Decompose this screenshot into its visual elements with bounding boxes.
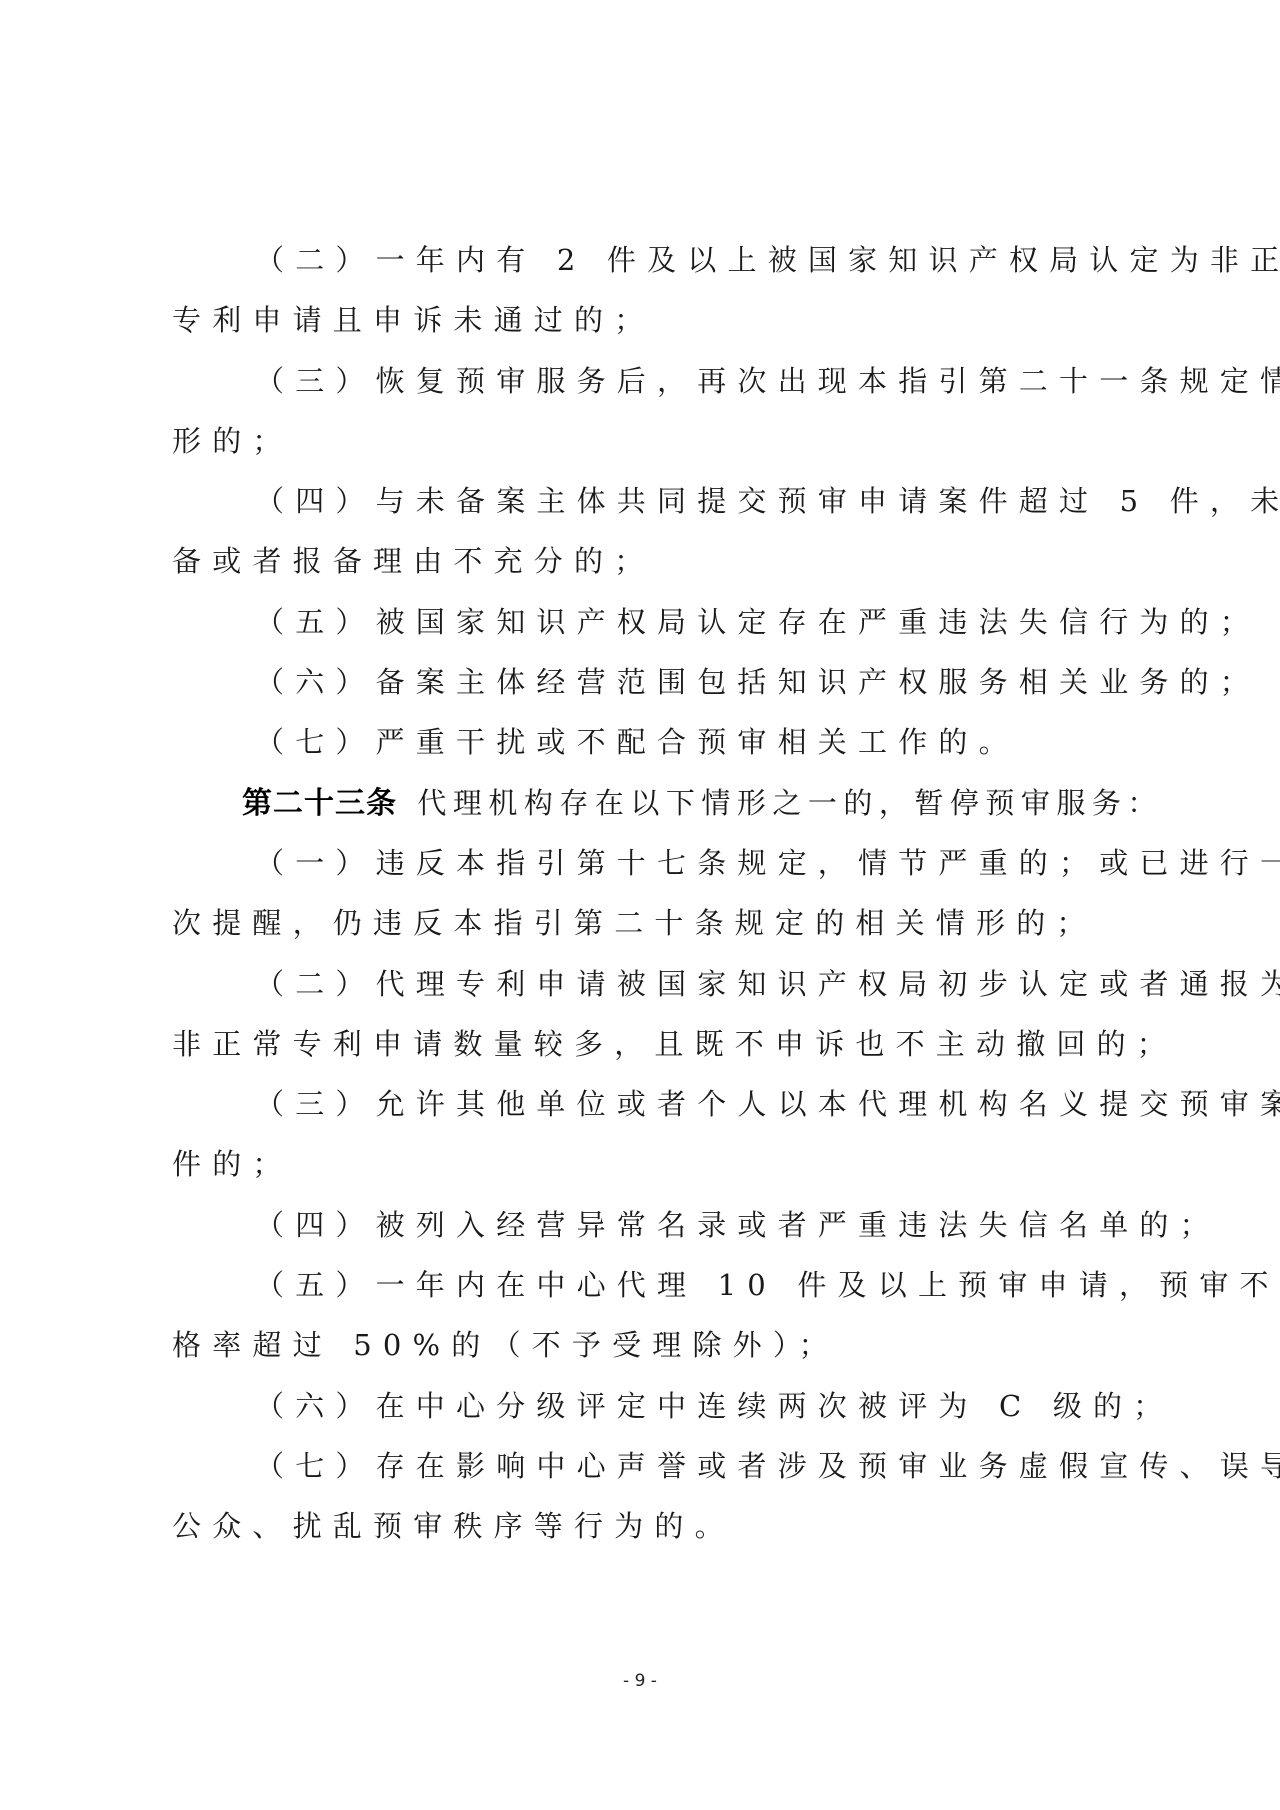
list-item-line: （四）与未备案主体共同提交预审申请案件超过 5 件，未报 (172, 471, 1120, 531)
list-item-line: （三）恢复预审服务后，再次出现本指引第二十一条规定情 (172, 351, 1120, 411)
list-item-continuation: 件的； (172, 1134, 1120, 1194)
list-item-line: （六）备案主体经营范围包括知识产权服务相关业务的； (172, 652, 1120, 712)
article-intro: 代理机构存在以下情形之一的，暂停预审服务： (417, 786, 1163, 820)
list-item-line: （五）被国家知识产权局认定存在严重违法失信行为的； (172, 592, 1120, 652)
list-item-line: （二）代理专利申请被国家知识产权局初步认定或者通报为 (172, 954, 1120, 1014)
list-item-line: （五）一年内在中心代理 10 件及以上预审申请，预审不合 (172, 1255, 1120, 1315)
article-heading: 第二十三条 代理机构存在以下情形之一的，暂停预审服务： (172, 773, 1120, 833)
list-item-continuation: 公众、扰乱预审秩序等行为的。 (172, 1496, 1120, 1556)
list-item-line: （七）存在影响中心声誉或者涉及预审业务虚假宣传、误导 (172, 1436, 1120, 1496)
list-item-continuation: 专利申请且申诉未通过的； (172, 290, 1120, 350)
list-item-line: （二）一年内有 2 件及以上被国家知识产权局认定为非正常 (172, 230, 1120, 290)
list-item-line: （六）在中心分级评定中连续两次被评为 C 级的； (172, 1376, 1120, 1436)
document-body: （二）一年内有 2 件及以上被国家知识产权局认定为非正常 专利申请且申诉未通过的… (172, 230, 1120, 1557)
list-item-line: （一）违反本指引第十七条规定，情节严重的；或已进行一 (172, 833, 1120, 893)
list-item-line: （七）严重干扰或不配合预审相关工作的。 (172, 712, 1120, 772)
list-item-line: （四）被列入经营异常名录或者严重违法失信名单的； (172, 1195, 1120, 1255)
document-page: （二）一年内有 2 件及以上被国家知识产权局认定为非正常 专利申请且申诉未通过的… (0, 0, 1280, 1810)
list-item-continuation: 备或者报备理由不充分的； (172, 531, 1120, 591)
list-item-continuation: 格率超过 50%的（不予受理除外）； (172, 1315, 1120, 1375)
page-number: - 9 - (0, 1671, 1280, 1691)
list-item-continuation: 非正常专利申请数量较多，且既不申诉也不主动撤回的； (172, 1014, 1120, 1074)
list-item-line: （三）允许其他单位或者个人以本代理机构名义提交预审案 (172, 1074, 1120, 1134)
list-item-continuation: 次提醒，仍违反本指引第二十条规定的相关情形的； (172, 893, 1120, 953)
article-label: 第二十三条 (242, 786, 397, 821)
list-item-continuation: 形的； (172, 411, 1120, 471)
